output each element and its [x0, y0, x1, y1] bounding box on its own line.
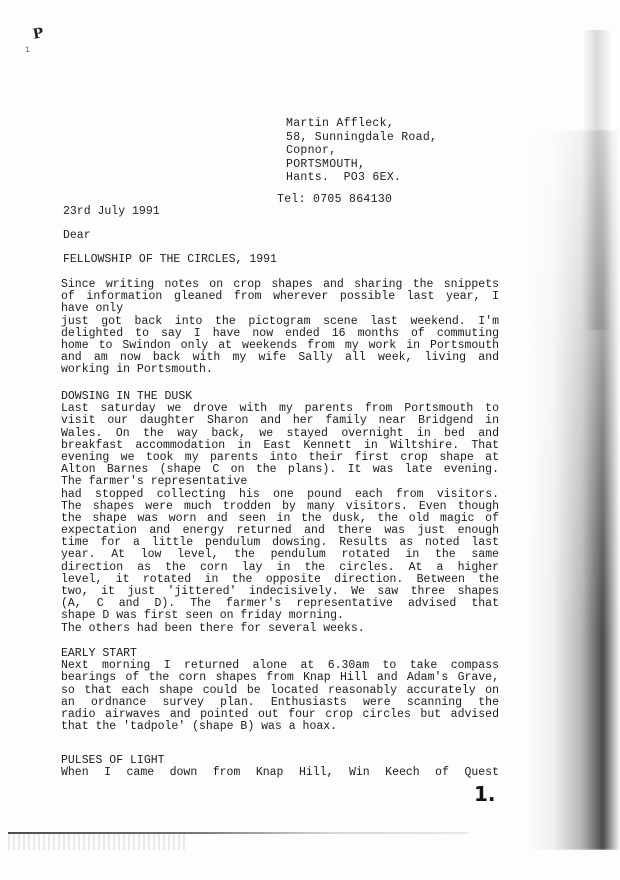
text-line: bearings of the corn shapes from Knap Hi…	[61, 672, 499, 684]
scanned-letter-page: P 1 Martin Affleck, 58, Sunningdale Road…	[0, 0, 620, 880]
address-line-district: Copnor,	[286, 144, 437, 158]
text-line: visit our daughter Sharon and her family…	[61, 415, 499, 427]
sender-telephone: Tel: 0705 864130	[277, 193, 392, 206]
handwritten-margin-mark: 1.	[474, 782, 496, 806]
section-early-start: EARLY STARTNext morning I returned alone…	[61, 648, 499, 733]
text-line: year. At low level, the pendulum rotated…	[61, 549, 499, 561]
text-line: Wales. On the way back, we stayed overni…	[61, 428, 499, 440]
text-line: The farmer's representative	[61, 476, 499, 488]
text-line: had stopped collecting his one pound eac…	[61, 489, 499, 501]
address-line-city: PORTSMOUTH,	[286, 158, 437, 172]
text-line: so that each shape could be located reas…	[61, 685, 499, 697]
text-line: When I came down from Knap Hill, Win Kee…	[61, 767, 499, 779]
address-line-name: Martin Affleck,	[286, 117, 437, 131]
address-line-county-postcode: Hants. PO3 6EX.	[286, 171, 437, 185]
text-line: have only	[61, 303, 499, 315]
address-line-street: 58, Sunningdale Road,	[286, 131, 437, 145]
text-line: working in Portsmouth.	[61, 364, 499, 376]
handwritten-corner-mark: P	[32, 25, 45, 43]
scan-shadow-right-edge	[525, 130, 620, 850]
salutation: Dear	[63, 229, 91, 242]
text-line: just got back into the pictogram scene l…	[61, 316, 499, 328]
scan-noise	[8, 834, 188, 850]
letter-title: FELLOWSHIP OF THE CIRCLES, 1991	[63, 253, 277, 266]
text-line: of information gleaned from wherever pos…	[61, 291, 499, 303]
text-line: direction as the corn lay in the circles…	[61, 562, 499, 574]
sender-address: Martin Affleck, 58, Sunningdale Road, Co…	[286, 117, 437, 185]
letter-date: 23rd July 1991	[63, 205, 160, 218]
corner-tick-mark: 1	[25, 46, 30, 55]
text-line: The others had been there for several we…	[61, 623, 499, 635]
text-line: shape D was first seen on friday morning…	[61, 610, 499, 622]
intro-paragraph: Since writing notes on crop shapes and s…	[61, 279, 499, 377]
text-line: that the 'tadpole' (shape B) was a hoax.	[61, 721, 499, 733]
section-dowsing-in-the-dusk: DOWSING IN THE DUSKLast saturday we drov…	[61, 391, 499, 635]
section-pulses-of-light: PULSES OF LIGHTWhen I came down from Kna…	[61, 755, 499, 779]
